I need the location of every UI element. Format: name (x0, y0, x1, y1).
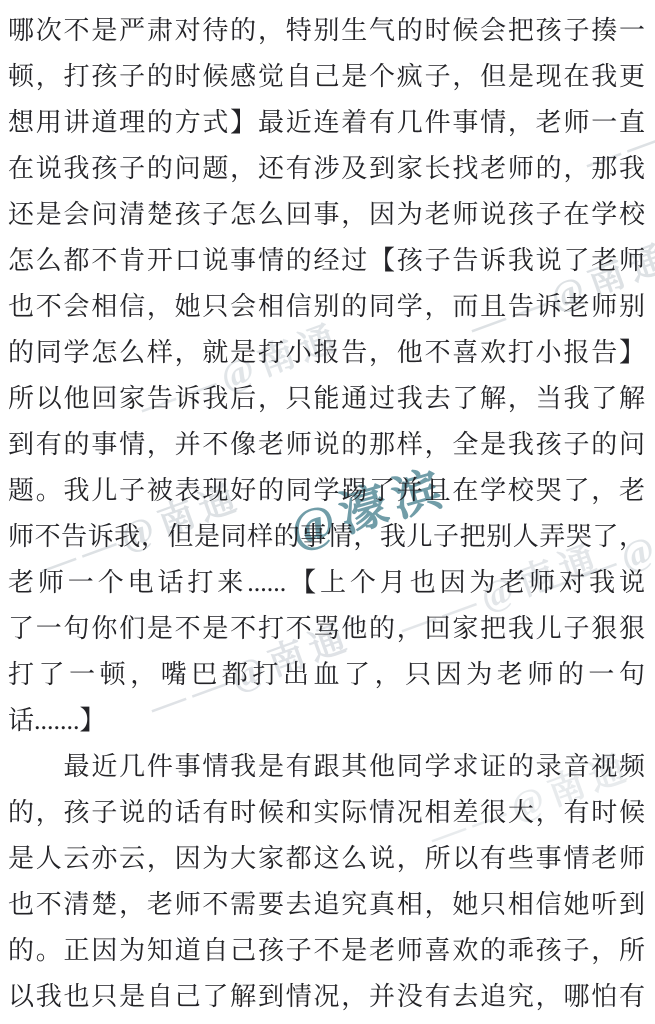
text-line: 了一句你们是不是不打不骂他的，回家把我儿子狠狠 (8, 606, 645, 652)
text-line: 师不告诉我，但是同样的事情，我儿子把别人弄哭了， (8, 514, 645, 560)
document-page: ——@南通——@南通——@南通@濠滨——@南通——@南通——@南通——@南通——… (0, 0, 655, 1024)
text-line: 话.......】 (8, 698, 645, 744)
text-lines: 哪次不是严肃对待的，特别生气的时候会把孩子揍一顿，打孩子的时候感觉自己是个疯子，… (0, 0, 655, 1020)
text-line: 在说我孩子的问题，还有涉及到家长找老师的，那我 (8, 146, 645, 192)
text-line: 的同学怎么样，就是打小报告，他不喜欢打小报告】 (8, 330, 645, 376)
text-line: 打了一顿，嘴巴都打出血了，只因为老师的一句 (8, 652, 645, 698)
text-line: 到有的事情，并不像老师说的那样，全是我孩子的问 (8, 422, 645, 468)
text-line: 所以他回家告诉我后，只能通过我去了解，当我了解 (8, 376, 645, 422)
text-line: 还是会问清楚孩子怎么回事，因为老师说孩子在学校 (8, 192, 645, 238)
text-line: 以我也只是自己了解到情况，并没有去追究，哪怕有 (8, 974, 645, 1020)
text-line: 哪次不是严肃对待的，特别生气的时候会把孩子揍一 (8, 8, 645, 54)
text-line: 是人云亦云，因为大家都这么说，所以有些事情老师 (8, 836, 645, 882)
text-line: 也不会相信，她只会相信别的同学，而且告诉老师别 (8, 284, 645, 330)
text-line: 怎么都不肯开口说事情的经过【孩子告诉我说了老师 (8, 238, 645, 284)
text-line: 顿，打孩子的时候感觉自己是个疯子，但是现在我更 (8, 54, 645, 100)
text-line: 题。我儿子被表现好的同学踢了并且在学校哭了，老 (8, 468, 645, 514)
text-line: 也不清楚，老师不需要去追究真相，她只相信她听到 (8, 882, 645, 928)
text-line: 的，孩子说的话有时候和实际情况相差很大，有时候 (8, 790, 645, 836)
text-line: 想用讲道理的方式】最近连着有几件事情，老师一直 (8, 100, 645, 146)
text-line: 最近几件事情我是有跟其他同学求证的录音视频 (8, 744, 645, 790)
text-line: 老师一个电话打来......【上个月也因为老师对我说 (8, 560, 645, 606)
text-line: 的。正因为知道自己孩子不是老师喜欢的乖孩子，所 (8, 928, 645, 974)
